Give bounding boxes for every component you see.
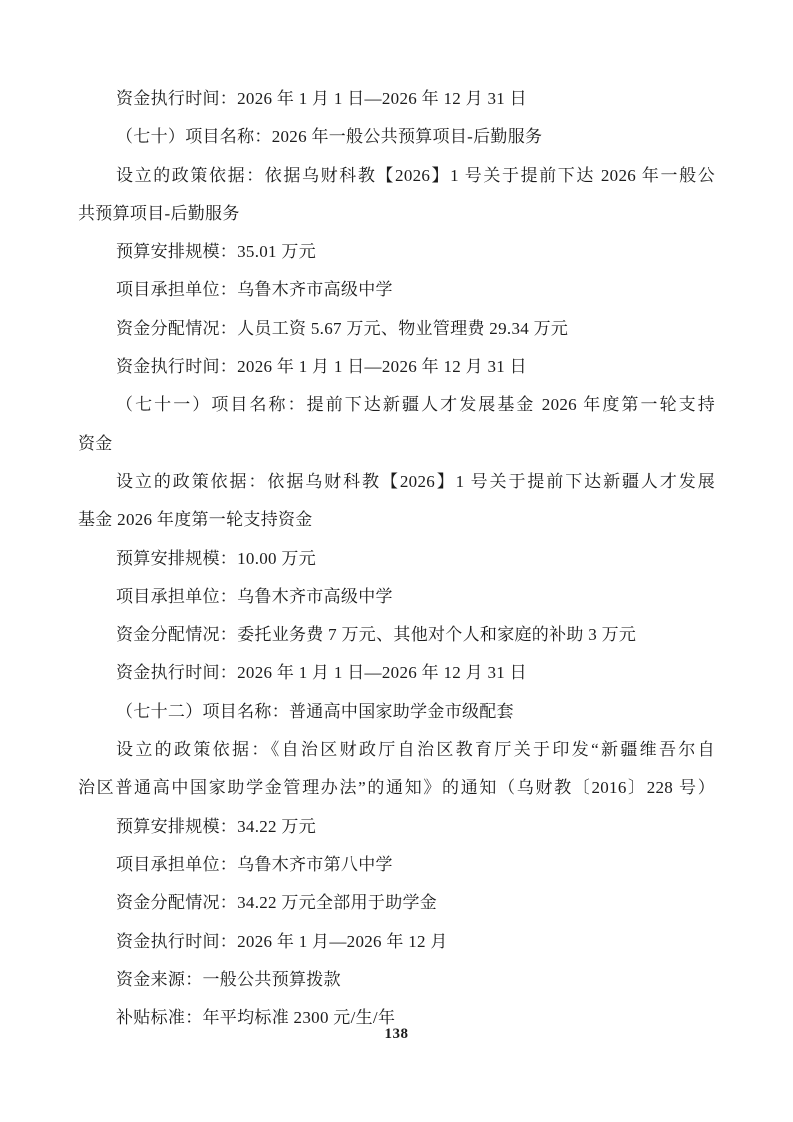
text-line: （七十一）项目名称：提前下达新疆人才发展基金 2026 年度第一轮支持 <box>78 386 715 424</box>
text-line: （七十）项目名称：2026 年一般公共预算项目-后勤服务 <box>78 118 715 156</box>
page-number: 138 <box>0 1024 793 1044</box>
text-line: 资金执行时间：2026 年 1 月 1 日—2026 年 12 月 31 日 <box>78 80 715 118</box>
text-line: 共预算项目-后勤服务 <box>78 195 715 233</box>
text-line: 设立的政策依据：依据乌财科教【2026】1 号关于提前下达 2026 年一般公 <box>78 157 715 195</box>
text-line: 治区普通高中国家助学金管理办法”的通知》的通知（乌财教〔2016〕228 号） <box>78 769 715 807</box>
text-line: 项目承担单位：乌鲁木齐市高级中学 <box>78 271 715 309</box>
text-line: 项目承担单位：乌鲁木齐市高级中学 <box>78 578 715 616</box>
text-line: 资金来源：一般公共预算拨款 <box>78 961 715 999</box>
text-line: 资金执行时间：2026 年 1 月 1 日—2026 年 12 月 31 日 <box>78 348 715 386</box>
text-line: 资金 <box>78 425 715 463</box>
text-line: 资金执行时间：2026 年 1 月—2026 年 12 月 <box>78 923 715 961</box>
document-body: 资金执行时间：2026 年 1 月 1 日—2026 年 12 月 31 日（七… <box>78 80 715 1037</box>
text-line: 基金 2026 年度第一轮支持资金 <box>78 501 715 539</box>
document-page: 资金执行时间：2026 年 1 月 1 日—2026 年 12 月 31 日（七… <box>0 0 793 1122</box>
text-line: 设立的政策依据：《自治区财政厅自治区教育厅关于印发“新疆维吾尔自 <box>78 731 715 769</box>
text-line: 设立的政策依据：依据乌财科教【2026】1 号关于提前下达新疆人才发展 <box>78 463 715 501</box>
text-line: 预算安排规模：10.00 万元 <box>78 540 715 578</box>
text-line: 预算安排规模：34.22 万元 <box>78 808 715 846</box>
text-line: 资金分配情况：34.22 万元全部用于助学金 <box>78 884 715 922</box>
text-line: 资金执行时间：2026 年 1 月 1 日—2026 年 12 月 31 日 <box>78 654 715 692</box>
text-line: 项目承担单位：乌鲁木齐市第八中学 <box>78 846 715 884</box>
text-line: 预算安排规模：35.01 万元 <box>78 233 715 271</box>
text-line: （七十二）项目名称：普通高中国家助学金市级配套 <box>78 693 715 731</box>
text-line: 资金分配情况：人员工资 5.67 万元、物业管理费 29.34 万元 <box>78 310 715 348</box>
text-line: 资金分配情况：委托业务费 7 万元、其他对个人和家庭的补助 3 万元 <box>78 616 715 654</box>
